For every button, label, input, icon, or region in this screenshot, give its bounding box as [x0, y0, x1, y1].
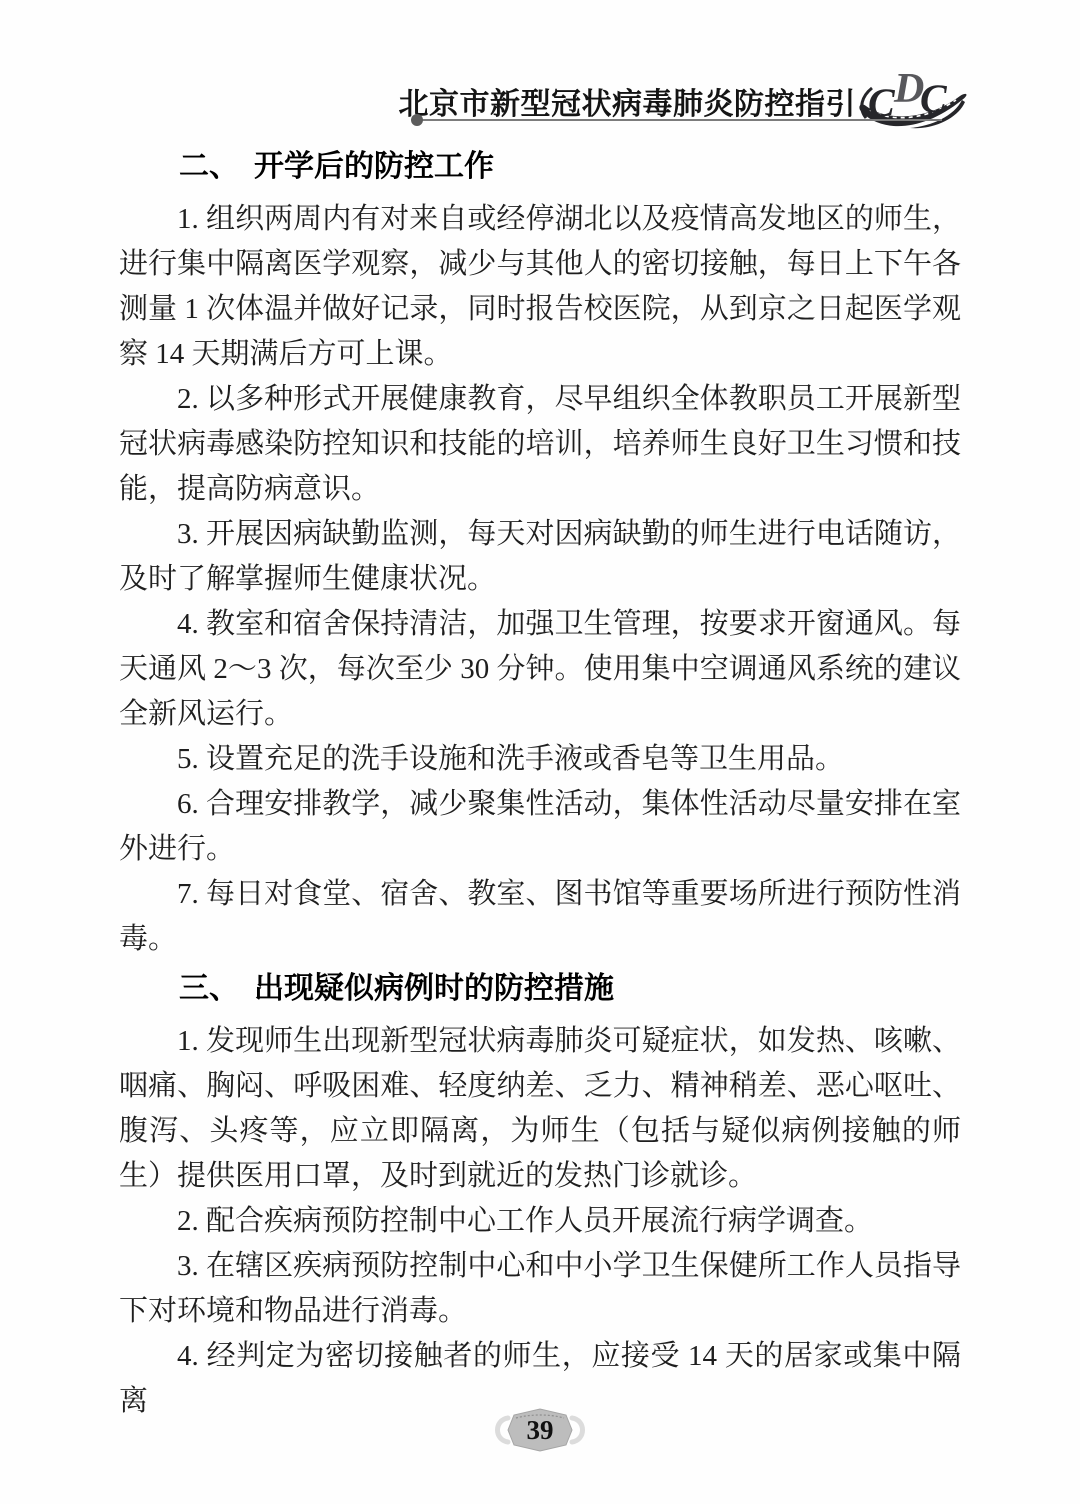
- page-number-mask-icon: 39: [490, 1402, 590, 1458]
- paragraph: 1. 发现师生出现新型冠状病毒肺炎可疑症状，如发热、咳嗽、咽痛、胸闷、呼吸困难、…: [119, 1019, 961, 1199]
- page-number: 39: [527, 1415, 554, 1445]
- paragraph: 2. 以多种形式开展健康教育，尽早组织全体教职员工开展新型冠状病毒感染防控知识和…: [119, 377, 961, 512]
- cdc-logo-icon: D C C: [858, 58, 970, 138]
- paragraph: 5. 设置充足的洗手设施和洗手液或香皂等卫生用品。: [119, 737, 961, 782]
- header-rule: [418, 119, 942, 121]
- section-heading-suspected-cases: 三、 出现疑似病例时的防控措施: [119, 966, 961, 1011]
- logo-letter-c2: C: [920, 76, 948, 121]
- paragraph: 1. 组织两周内有对来自或经停湖北以及疫情高发地区的师生，进行集中隔离医学观察，…: [119, 197, 961, 377]
- paragraph: 3. 在辖区疾病预防控制中心和中小学卫生保健所工作人员指导下对环境和物品进行消毒…: [119, 1244, 961, 1334]
- header-title: 北京市新型冠状病毒肺炎防控指引: [399, 79, 857, 123]
- document-body: 二、 开学后的防控工作 1. 组织两周内有对来自或经停湖北以及疫情高发地区的师生…: [119, 140, 961, 1424]
- header-rule-dot: [411, 114, 423, 126]
- paragraph: 6. 合理安排教学，减少聚集性活动，集体性活动尽量安排在室外进行。: [119, 782, 961, 872]
- section-heading-after-reopening: 二、 开学后的防控工作: [119, 144, 961, 189]
- paragraph: 2. 配合疾病预防控制中心工作人员开展流行病学调查。: [119, 1199, 961, 1244]
- paragraph: 7. 每日对食堂、宿舍、教室、图书馆等重要场所进行预防性消毒。: [119, 872, 961, 962]
- document-page: 北京市新型冠状病毒肺炎防控指引 D C C 二、 开学后的防控工作 1. 组织两…: [0, 0, 1080, 1504]
- paragraph: 3. 开展因病缺勤监测，每天对因病缺勤的师生进行电话随访，及时了解掌握师生健康状…: [119, 512, 961, 602]
- paragraph: 4. 教室和宿舍保持清洁，加强卫生管理，按要求开窗通风。每天通风 2～3 次，每…: [119, 602, 961, 737]
